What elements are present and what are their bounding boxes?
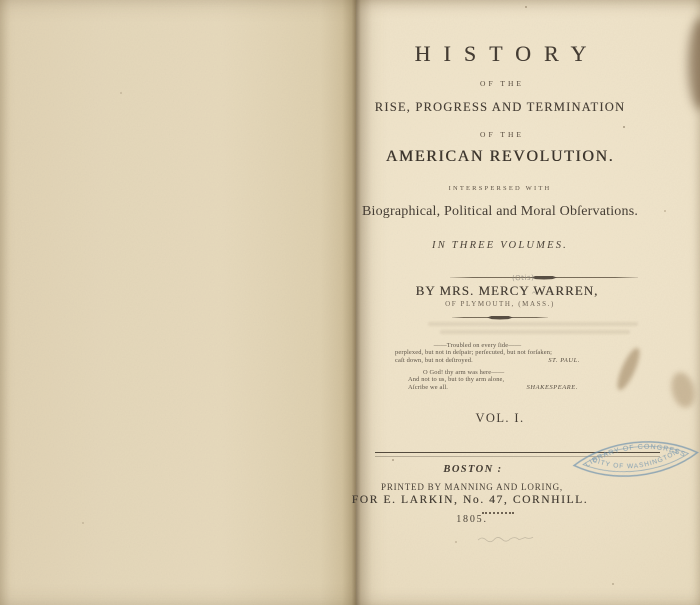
imprint-seller: FOR E. LARKIN, No. 47, CORNHILL. xyxy=(300,495,640,507)
epigraph-line: And not to us, but to thy arm alone, xyxy=(408,376,578,383)
subject-title: AMERICAN REVOLUTION. xyxy=(330,149,670,165)
epigraph-shakespeare: O God! thy arm was here—— And not to us,… xyxy=(408,369,578,391)
epigraph-line: ——Troubled on every ſide—— xyxy=(385,342,570,349)
observations-line: Biographical, Political and Moral Obſerv… xyxy=(330,205,670,219)
author-origin: OF PLYMOUTH, (MASS.) xyxy=(330,301,670,308)
epigraph-line: caſt down, but not deſtroyed. xyxy=(395,357,473,364)
book-scan: HISTORY OF THE RISE, PROGRESS AND TERMIN… xyxy=(0,0,700,605)
spindle-ornament-icon xyxy=(487,316,513,320)
ornament-rule-top xyxy=(450,274,638,281)
ornament-rule-bottom xyxy=(452,314,548,321)
epigraph-line: perplexed, but not in deſpair; perſecute… xyxy=(395,349,580,356)
subtitle: RISE, PROGRESS AND TERMINATION xyxy=(330,101,670,114)
epigraph-attribution: ST. PAUL. xyxy=(548,357,580,364)
scribble-icon xyxy=(476,532,546,544)
main-title: HISTORY xyxy=(337,43,677,65)
epigraph-attribution: SHAKESPEARE. xyxy=(527,384,578,391)
of-the-upper: OF THE xyxy=(332,80,672,88)
interspersed-line: INTERSPERSED WITH xyxy=(330,186,670,193)
pencil-annotation-otis: (Otis) xyxy=(512,274,535,283)
volume-number: VOL. I. xyxy=(330,412,670,425)
pencil-scribble-mark xyxy=(476,527,547,548)
spindle-ornament-icon xyxy=(531,276,557,280)
author-byline: BY MRS. MERCY WARREN, xyxy=(337,284,677,297)
epigraph-line: O God! thy arm was here—— xyxy=(408,369,578,376)
imprint-year: 1805. xyxy=(302,515,642,525)
volumes-note: IN THREE VOLUMES. xyxy=(330,241,670,252)
of-the-lower: OF THE xyxy=(332,131,672,139)
epigraph-st-paul: ——Troubled on every ſide—— perplexed, bu… xyxy=(395,342,580,364)
epigraph-line: Aſcribe we all. xyxy=(408,384,448,391)
